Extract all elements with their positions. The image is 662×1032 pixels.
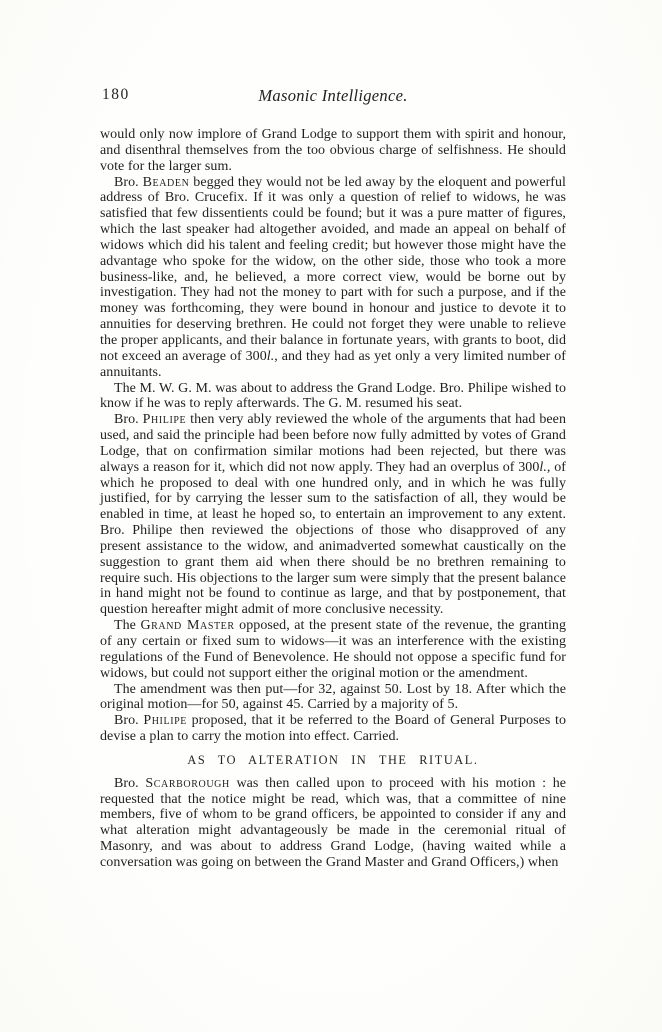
name-smallcaps: Beaden — [143, 175, 190, 190]
page-content: 180 Masonic Intelligence. would only now… — [100, 86, 566, 871]
text-segment: l. — [539, 460, 547, 475]
text-segment: would only now implore of Grand Lodge to… — [100, 127, 566, 174]
name-smallcaps: Philipe — [143, 412, 187, 427]
text-segment: , of which he proposed to deal with one … — [100, 460, 566, 618]
paragraph: The amendment was then put—for 32, again… — [100, 682, 566, 714]
paragraph: Bro. Scarborough was then called upon to… — [100, 776, 566, 871]
paragraph: Bro. Beaden begged they would not be led… — [100, 175, 566, 381]
page-body: would only now implore of Grand Lodge to… — [100, 127, 566, 871]
text-segment: Bro. — [114, 412, 143, 427]
name-smallcaps: Philipe — [143, 713, 187, 728]
paragraph: The M. W. G. M. was about to address the… — [100, 381, 566, 413]
section-heading: AS TO ALTERATION IN THE RITUAL. — [100, 753, 566, 769]
text-segment: Bro. — [114, 776, 145, 791]
paragraph: The Grand Master opposed, at the present… — [100, 618, 566, 681]
text-segment: The amendment was then put—for 32, again… — [100, 682, 566, 713]
name-smallcaps: Scarborough — [145, 776, 229, 791]
running-head: 180 Masonic Intelligence. — [100, 86, 566, 108]
text-segment: Bro. — [114, 175, 143, 190]
text-segment: The — [114, 618, 140, 633]
paragraph: Bro. Philipe then very ably reviewed the… — [100, 412, 566, 618]
name-smallcaps: Grand Master — [140, 618, 234, 633]
running-title: Masonic Intelligence. — [100, 86, 566, 106]
text-segment: Bro. — [114, 713, 143, 728]
scanned-book-page: 180 Masonic Intelligence. would only now… — [0, 0, 662, 1032]
paragraph: Bro. Philipe proposed, that it be referr… — [100, 713, 566, 745]
text-segment: begged they would not be led away by the… — [100, 175, 566, 364]
text-segment: The M. W. G. M. was about to address the… — [100, 381, 566, 412]
paragraph: would only now implore of Grand Lodge to… — [100, 127, 566, 175]
